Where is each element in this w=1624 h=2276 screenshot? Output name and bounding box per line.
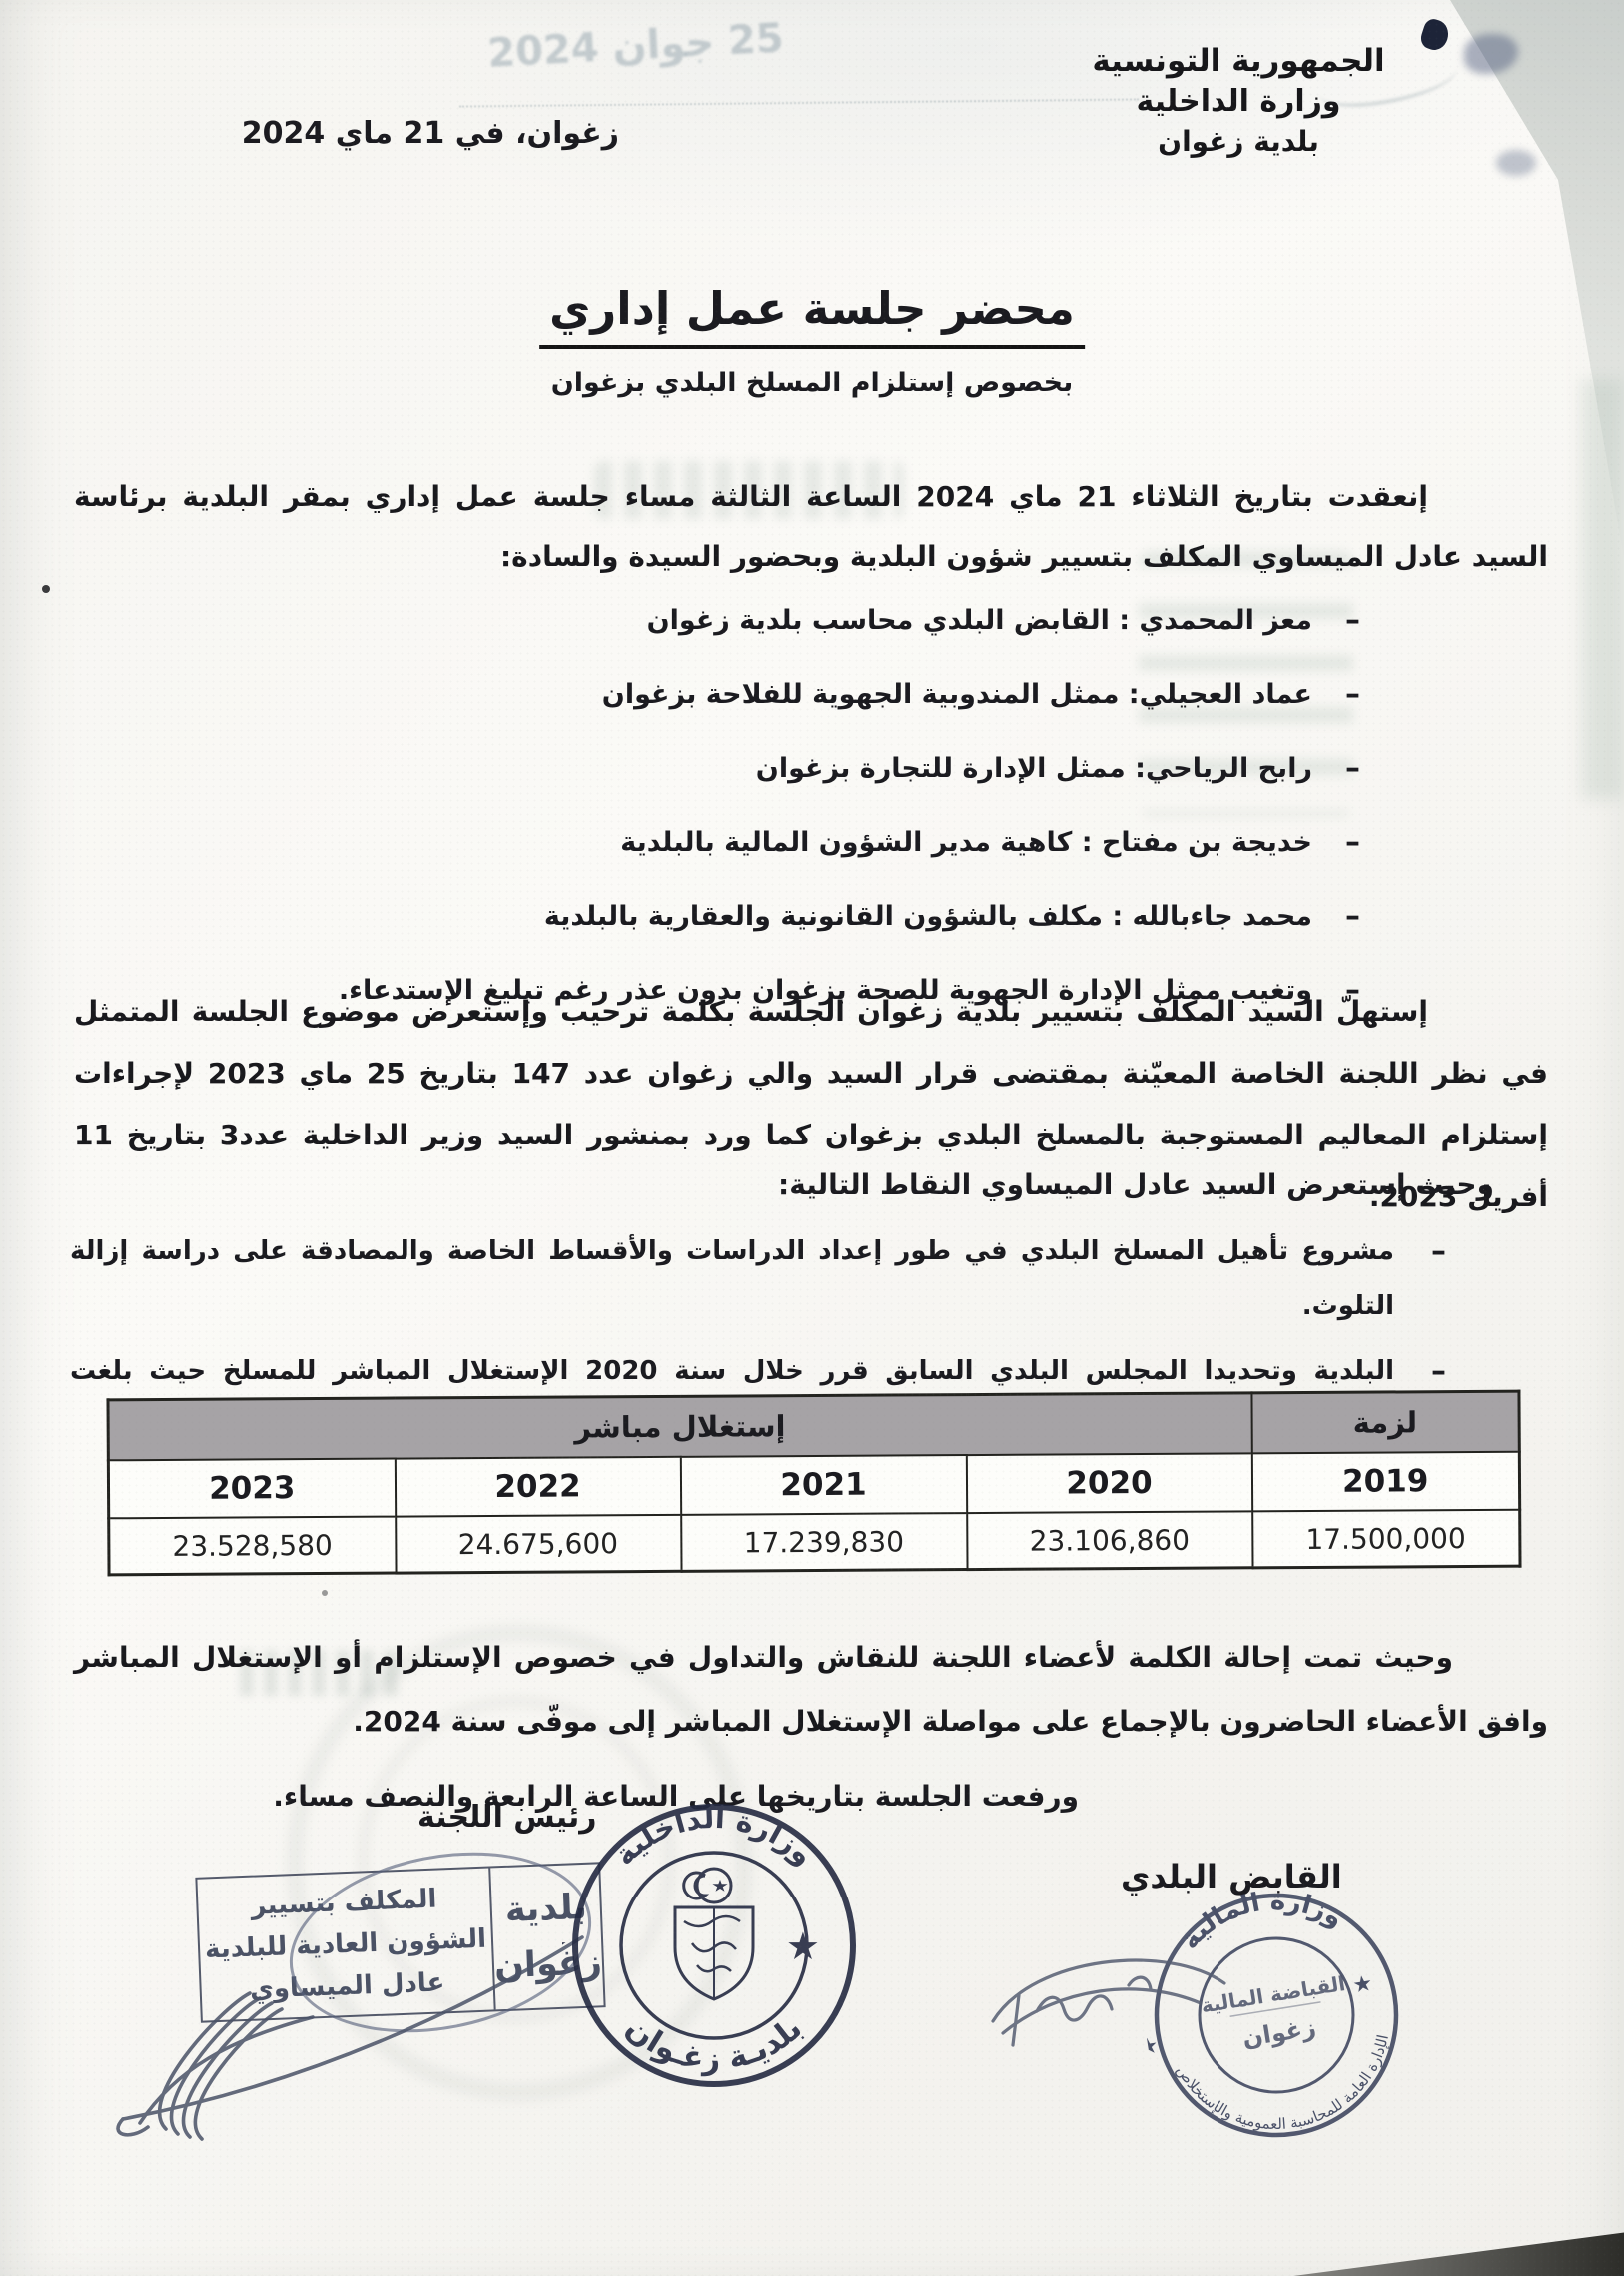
attendees-list: –معز المحمدي : القابض البلدي محاسب بلدية…: [252, 597, 1360, 1041]
attendee-text: خديجة بن مفتاح : كاهية مدير الشؤون المال…: [620, 827, 1312, 858]
ink-speck: [42, 585, 50, 593]
dash-icon: –: [1345, 597, 1360, 644]
attendee-item: –معز المحمدي : القابض البلدي محاسب بلدية…: [252, 597, 1360, 644]
year-cell: 2020: [966, 1453, 1251, 1513]
star-icon: ★: [786, 1924, 820, 1968]
letterhead: الجمهورية التونسية وزارة الداخلية بلدية …: [1019, 40, 1458, 162]
collector-signature: [979, 1925, 1258, 2075]
year-cell: 2019: [1251, 1452, 1519, 1512]
chairman-signature: [78, 1897, 617, 2147]
interior-ministry-round-stamp: وزارة الداخلية بلديـة زغـوان ★ ★: [562, 1794, 866, 2097]
point-item: –مشروع تأهيل المسلخ البلدي في طور إعداد …: [70, 1224, 1446, 1334]
point-text: مشروع تأهيل المسلخ البلدي في طور إعداد ا…: [70, 1236, 1394, 1321]
received-date-stamp: 25 جوان 2024: [224, 15, 785, 90]
table-header-concession: لزمة: [1251, 1391, 1519, 1453]
attendee-text: رابح الرياحي: ممثل الإدارة للتجارة بزغوا…: [756, 753, 1312, 784]
dash-icon: –: [1431, 1224, 1446, 1279]
dash-icon: –: [1345, 819, 1360, 866]
republic-line: الجمهورية التونسية: [1019, 40, 1458, 82]
attendee-text: معز المحمدي : القابض البلدي محاسب بلدية …: [647, 605, 1312, 636]
dash-icon: –: [1345, 671, 1360, 718]
year-cell: 2022: [395, 1457, 680, 1517]
document-title: محضر جلسة عمل إداري: [539, 282, 1085, 349]
dash-icon: –: [1345, 893, 1360, 940]
dash-icon: –: [1345, 745, 1360, 792]
attendee-text: عماد العجيلي: ممثل المندوبية الجهوية للف…: [602, 679, 1312, 710]
closing-paragraph: وحيث تمت إحالة الكلمة لأعضاء اللجنة للنق…: [74, 1626, 1548, 1754]
svg-text:وزارة الداخلية: وزارة الداخلية: [607, 1801, 821, 1872]
scan-edge-artifact: [1582, 379, 1624, 799]
value-cell: 23.528,580: [109, 1517, 396, 1575]
stamp-top-text: وزارة الداخلية: [607, 1801, 821, 1872]
date-line: زغوان، في 21 ماي 2024: [242, 116, 619, 151]
value-cell: 23.106,860: [967, 1511, 1252, 1569]
ink-blot-artifact: [1496, 150, 1536, 176]
value-cell: 17.500,000: [1252, 1510, 1520, 1568]
attendee-item: –عماد العجيلي: ممثل المندوبية الجهوية لل…: [252, 671, 1360, 718]
attendee-item: –محمد جاءبالله : مكلف بالشؤون القانونية …: [252, 893, 1360, 940]
ministry-line: وزارة الداخلية: [1019, 82, 1458, 122]
scanned-document-page: 25 جوان 2024 الجمهورية التونسية وزارة ال…: [0, 0, 1624, 2276]
value-cell: 17.239,830: [681, 1513, 967, 1571]
year-cell: 2021: [680, 1455, 966, 1515]
year-cell: 2023: [108, 1459, 395, 1519]
opening-paragraph: إنعقدت بتاريخ الثلاثاء 21 ماي 2024 الساع…: [74, 467, 1548, 587]
star-icon: ★: [1351, 1971, 1374, 1999]
attendee-item: –خديجة بن مفتاح : كاهية مدير الشؤون الما…: [252, 819, 1360, 866]
scan-edge-artifact: [1293, 2223, 1624, 2276]
table-header-direct: إستغلال مباشر: [108, 1393, 1251, 1460]
ink-speck: [322, 1590, 328, 1596]
revenue-table: لزمة إستغلال مباشر 2019 2020 2021 2022 2…: [106, 1390, 1521, 1577]
session-points-intro: وحيث إستعرض السيد عادل الميساوي النقاط ا…: [778, 1168, 1494, 1201]
document-subtitle: بخصوص إستلزام المسلخ البلدي بزغوان: [551, 368, 1074, 398]
star-icon: ★: [562, 1924, 568, 1968]
municipality-line: بلدية زغوان: [1019, 122, 1458, 162]
attendee-text: محمد جاءبالله : مكلف بالشؤون القانونية و…: [544, 901, 1312, 932]
attendee-item: –رابح الرياحي: ممثل الإدارة للتجارة بزغو…: [252, 745, 1360, 792]
tunisia-emblem-icon: [675, 1869, 753, 1999]
value-cell: 24.675,600: [396, 1515, 681, 1573]
